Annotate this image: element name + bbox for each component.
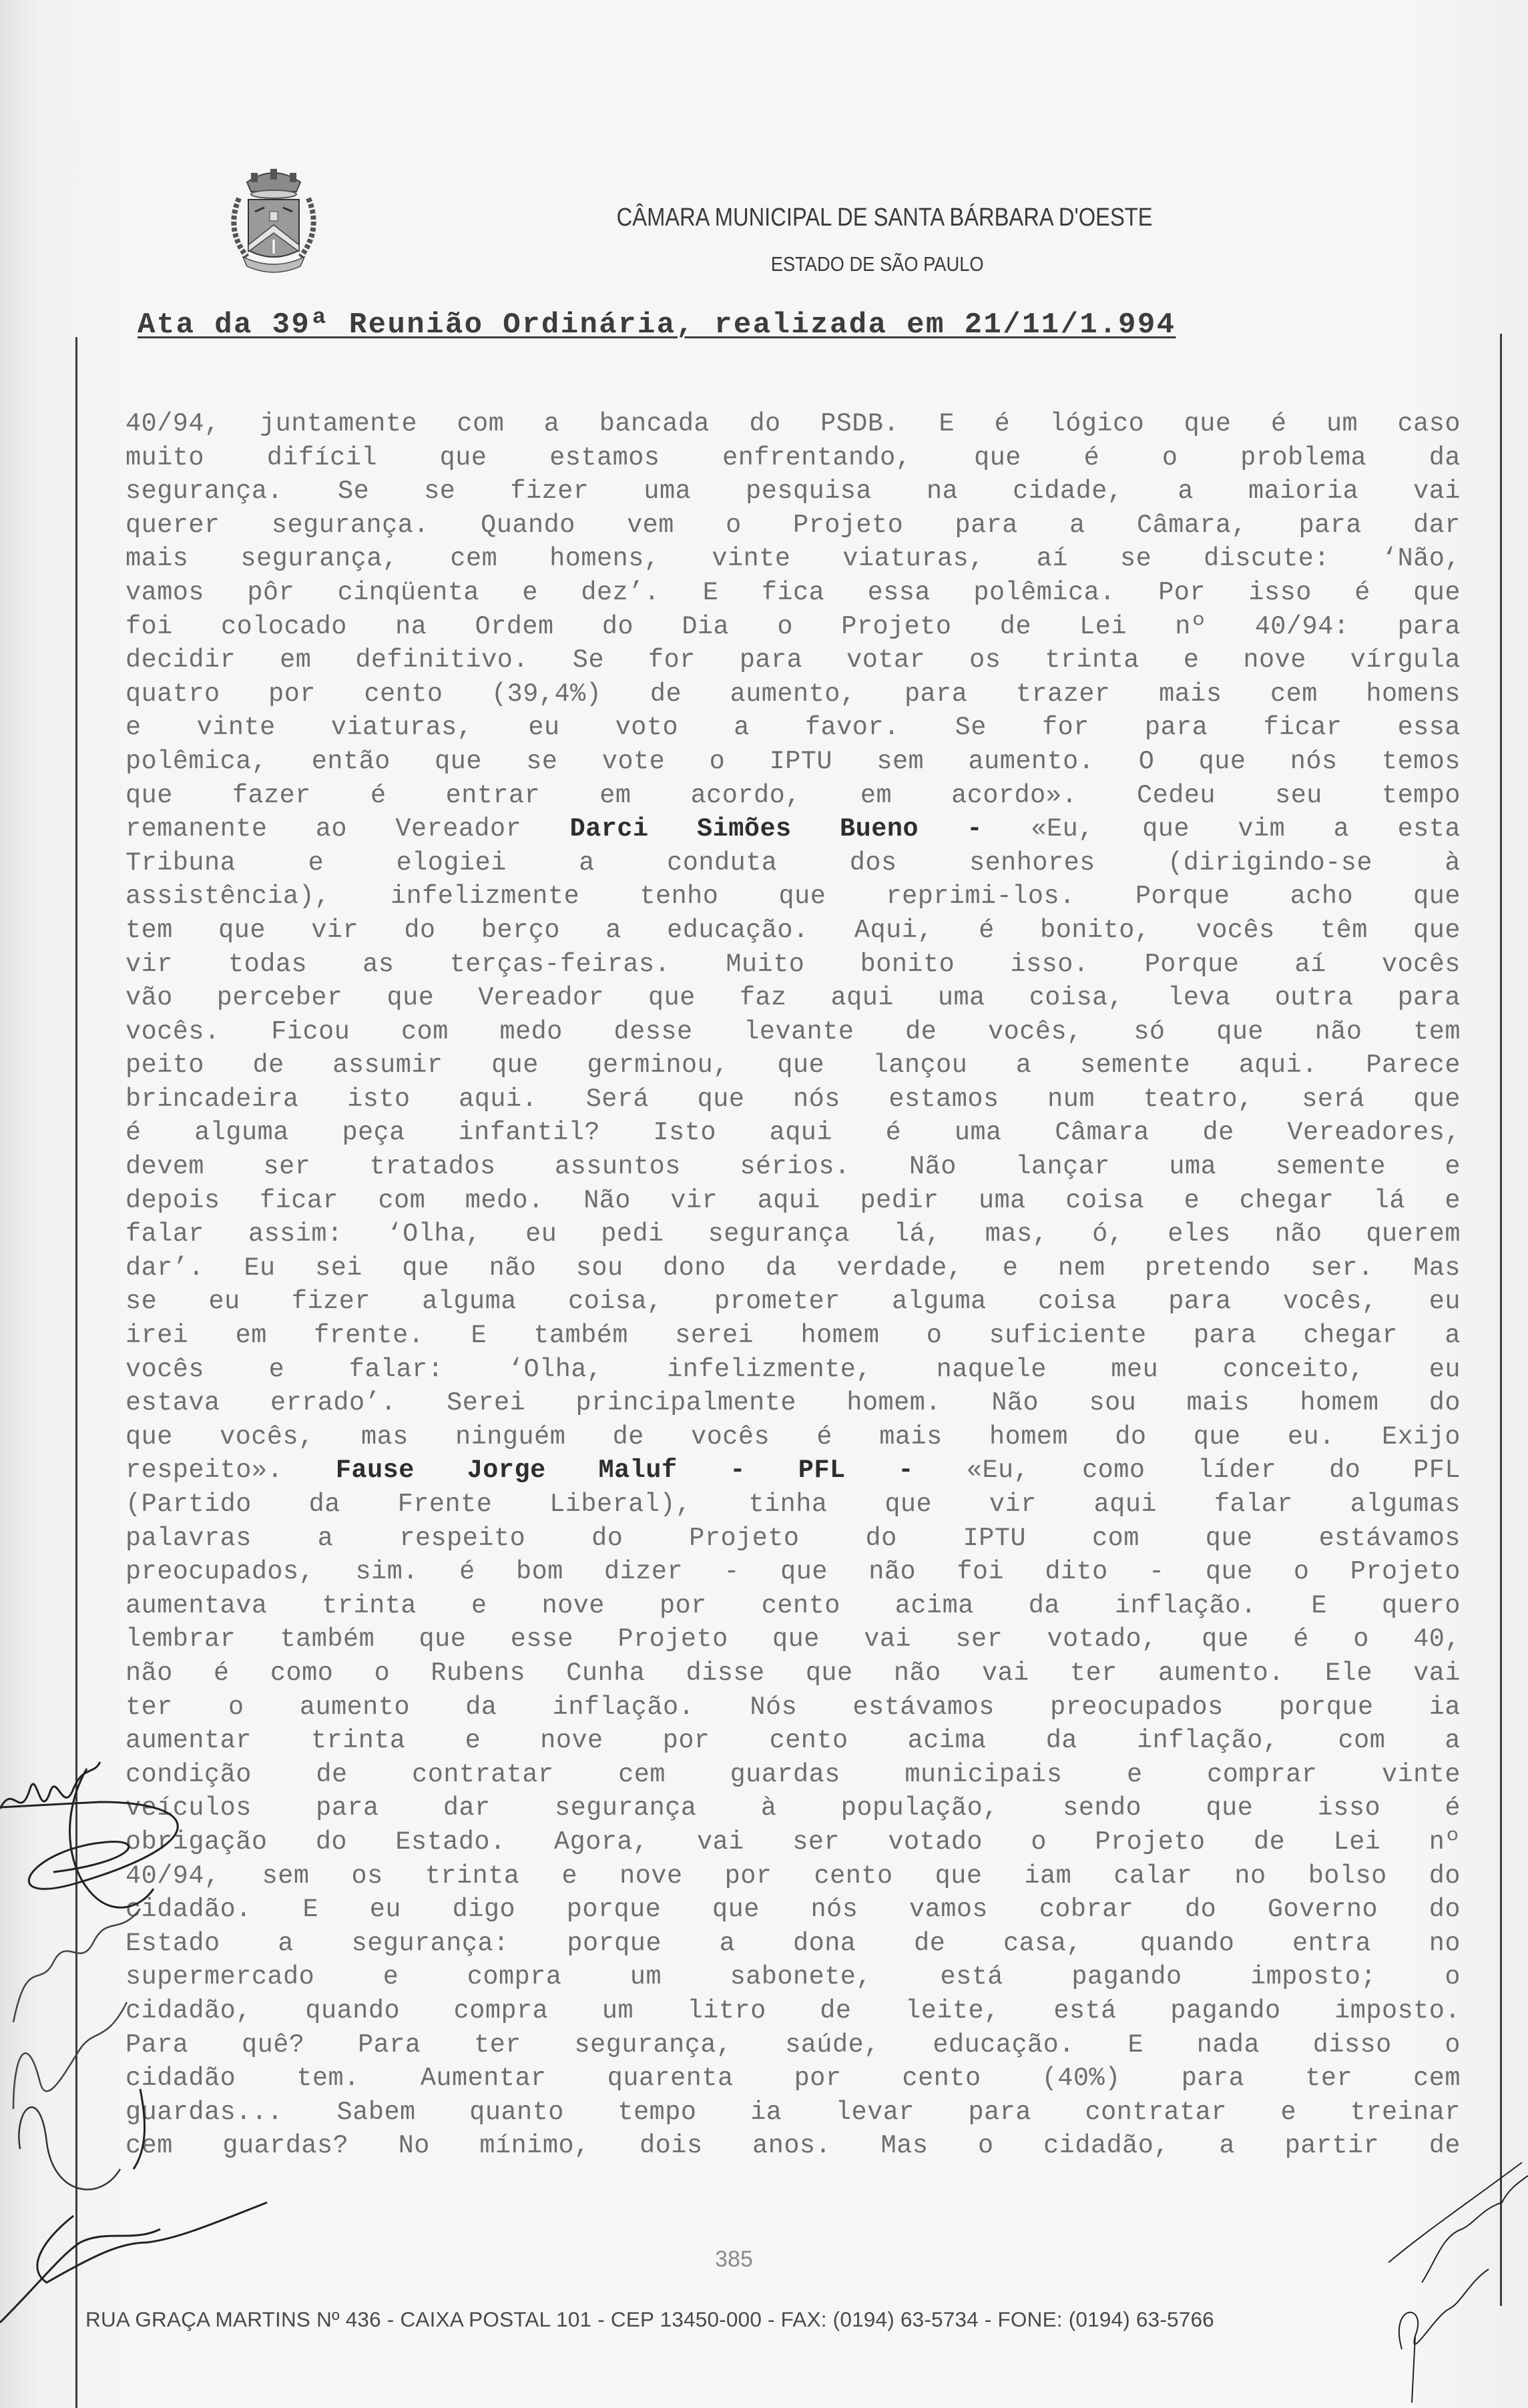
- document-page: CÂMARA MUNICIPAL DE SANTA BÁRBARA D'OEST…: [0, 0, 1528, 2408]
- minutes-line: peito de assumir que germinou, que lanço…: [125, 1048, 1461, 1083]
- minutes-line: não é como o Rubens Cunha disse que não …: [125, 1657, 1461, 1691]
- minutes-line: e vinte viaturas, eu voto a favor. Se fo…: [125, 711, 1461, 745]
- minutes-line: vamos pôr cinqüenta e dez’. E fica essa …: [125, 576, 1461, 610]
- minutes-line: tem que vir do berço a educação. Aqui, é…: [125, 914, 1461, 948]
- left-margin-signatures-icon: [0, 1735, 347, 2403]
- minutes-title: Ata da 39ª Reunião Ordinária, realizada …: [138, 308, 1176, 342]
- minutes-line: palavras a respeito do Projeto do IPTU c…: [125, 1522, 1461, 1556]
- minutes-line: (Partido da Frente Liberal), tinha que v…: [125, 1488, 1461, 1522]
- minutes-line: devem ser tratados assuntos sérios. Não …: [125, 1150, 1461, 1184]
- minutes-line: se eu fizer alguma coisa, prometer algum…: [125, 1285, 1461, 1319]
- minutes-line: preocupados, sim. é bom dizer - que não …: [125, 1555, 1461, 1589]
- minutes-line: depois ficar com medo. Não vir aqui pedi…: [125, 1184, 1461, 1218]
- minutes-line: ter o aumento da inflação. Nós estávamos…: [125, 1691, 1461, 1725]
- minutes-line: respeito». Fause Jorge Maluf - PFL - «Eu…: [125, 1454, 1461, 1488]
- minutes-line: é alguma peça infantil? Isto aqui é uma …: [125, 1116, 1461, 1150]
- minutes-line: polêmica, então que se vote o IPTU sem a…: [125, 745, 1461, 779]
- speaker-name: Darci Simões Bueno -: [570, 814, 983, 844]
- minutes-line: que fazer é entrar em acordo, em acordo»…: [125, 779, 1461, 813]
- minutes-line: vocês. Ficou com medo desse levante de v…: [125, 1015, 1461, 1049]
- institution-name: CÂMARA MUNICIPAL DE SANTA BÁRBARA D'OEST…: [107, 204, 1421, 232]
- minutes-line: falar assim: ‘Olha, eu pedi segurança lá…: [125, 1217, 1461, 1251]
- minutes-line: irei em frente. E também serei homem o s…: [125, 1319, 1461, 1353]
- minutes-line: vir todas as terças-feiras. Muito bonito…: [125, 948, 1461, 982]
- right-margin-rule: [1500, 334, 1502, 2306]
- minutes-line: remanente ao Vereador Darci Simões Bueno…: [125, 812, 1461, 846]
- minutes-line: foi colocado na Ordem do Dia o Projeto d…: [125, 610, 1461, 644]
- minutes-line: lembrar também que esse Projeto que vai …: [125, 1622, 1461, 1657]
- minutes-line: vão perceber que Vereador que faz aqui u…: [125, 981, 1461, 1015]
- minutes-line: decidir em definitivo. Se for para votar…: [125, 643, 1461, 677]
- speaker-name: Fause Jorge Maluf - PFL -: [336, 1456, 914, 1485]
- minutes-line: assistência), infelizmente tenho que rep…: [125, 880, 1461, 914]
- minutes-line: segurança. Se se fizer uma pesquisa na c…: [125, 475, 1461, 509]
- minutes-line: 40/94, juntamente com a bancada do PSDB.…: [125, 407, 1461, 441]
- minutes-line: muito difícil que estamos enfrentando, q…: [125, 441, 1461, 475]
- minutes-line: que vocês, mas ninguém de vocês é mais h…: [125, 1420, 1461, 1454]
- minutes-line: Tribuna e elogiei a conduta dos senhores…: [125, 846, 1461, 880]
- minutes-line: dar’. Eu sei que não sou dono da verdade…: [125, 1251, 1461, 1285]
- minutes-line: aumentava trinta e nove por cento acima …: [125, 1589, 1461, 1623]
- state-name: ESTADO DE SÃO PAULO: [0, 252, 1528, 276]
- minutes-line: vocês e falar: ‘Olha, infelizmente, naqu…: [125, 1353, 1461, 1387]
- bottom-right-signature-icon: [1375, 2149, 1528, 2408]
- state-name-text: ESTADO DE SÃO PAULO: [771, 252, 984, 276]
- minutes-line: estava errado’. Serei principalmente hom…: [125, 1386, 1461, 1420]
- institution-name-text: CÂMARA MUNICIPAL DE SANTA BÁRBARA D'OEST…: [617, 204, 1153, 232]
- page-number-text: 385: [715, 2246, 753, 2273]
- minutes-line: querer segurança. Quando vem o Projeto p…: [125, 509, 1461, 543]
- minutes-line: quatro por cento (39,4%) de aumento, par…: [125, 677, 1461, 711]
- minutes-line: brincadeira isto aqui. Será que nós esta…: [125, 1083, 1461, 1117]
- minutes-line: mais segurança, cem homens, vinte viatur…: [125, 542, 1461, 576]
